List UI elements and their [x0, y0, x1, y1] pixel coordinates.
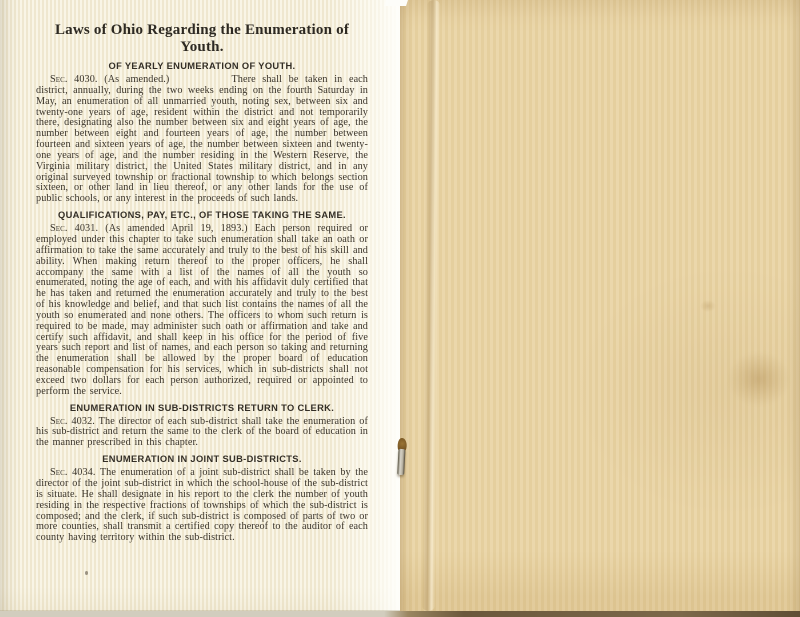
section-heading-qualifications: QUALIFICATIONS, PAY, ETC., OF THOSE TAKI… — [36, 210, 368, 220]
section-heading-joint-subdistricts: ENUMERATION IN JOINT SUB-DISTRICTS. — [36, 454, 368, 464]
paragraph-sec-4032: Sec. 4032. The director of each sub-dist… — [36, 417, 368, 450]
bottom-edge-shadow — [0, 611, 800, 617]
ink-speck — [85, 571, 88, 575]
page-crease — [421, 0, 440, 611]
book-spread: Laws of Ohio Regarding the Enumeration o… — [0, 0, 800, 617]
stain-small — [700, 300, 716, 312]
staple — [395, 438, 408, 480]
paragraph-text-4030: There shall be taken in each district, a… — [36, 74, 368, 204]
paragraph-sec-4031: Sec. 4031. (As amended April 19, 1893.) … — [36, 224, 368, 398]
section-heading-yearly-enumeration: OF YEARLY ENUMERATION OF YOUTH. — [36, 61, 368, 71]
left-page: Laws of Ohio Regarding the Enumeration o… — [0, 0, 400, 612]
sec-number-4030: Sec. 4030. — [50, 74, 98, 85]
paragraph-text-4034: The enumeration of a joint sub-district … — [36, 467, 368, 543]
sec-number-4032: Sec. 4032. — [50, 416, 95, 427]
stain-large — [728, 352, 790, 406]
page-title: Laws of Ohio Regarding the Enumeration o… — [36, 22, 368, 56]
gutter-white-sliver — [384, 0, 408, 6]
paragraph-sec-4034: Sec. 4034. The enumeration of a joint su… — [36, 468, 368, 544]
staple-metal-body — [397, 449, 405, 475]
sec-number-4031: Sec. 4031. — [50, 223, 98, 234]
amendment-note-4030: (As amended.) — [104, 74, 169, 85]
paragraph-sec-4030: Sec. 4030. (As amended.)There shall be t… — [36, 75, 368, 205]
paragraph-text-4031: Each person required or employed under t… — [36, 223, 368, 397]
right-page — [400, 0, 800, 611]
amendment-note-4031: (As amended April 19, 1893.) — [105, 223, 247, 234]
sec-number-4034: Sec. 4034. — [50, 467, 96, 478]
section-heading-subdistricts-return: ENUMERATION IN SUB-DISTRICTS RETURN TO C… — [36, 403, 368, 413]
page-content: Laws of Ohio Regarding the Enumeration o… — [36, 22, 368, 544]
